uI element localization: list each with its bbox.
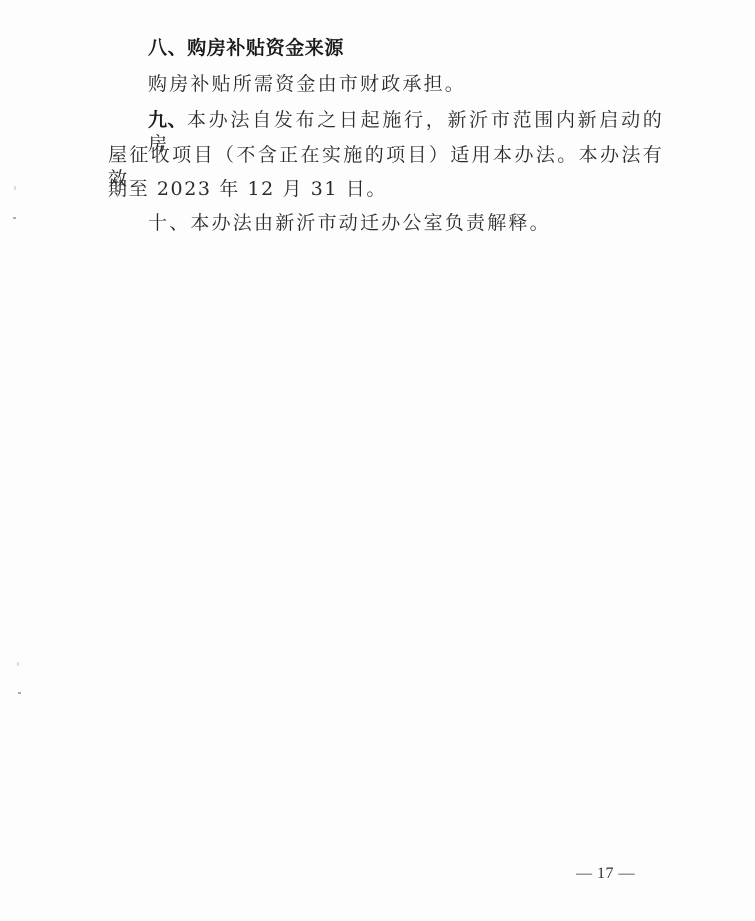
page-number: — 17 — bbox=[576, 864, 635, 884]
scan-artifact bbox=[13, 217, 16, 219]
section-8-heading: 八、购房补贴资金来源 bbox=[148, 36, 664, 60]
scan-artifact bbox=[14, 186, 16, 190]
section-8-body: 购房补贴所需资金由市财政承担。 bbox=[148, 72, 664, 96]
scan-artifact bbox=[17, 662, 19, 666]
section-9-lead: 九、 bbox=[148, 109, 187, 131]
section-9-line-3: 期至 2023 年 12 月 31 日。 bbox=[108, 177, 664, 201]
scan-artifact bbox=[18, 692, 21, 694]
section-10-text: 十、本办法由新沂市动迁办公室负责解释。 bbox=[148, 211, 664, 235]
document-page: 八、购房补贴资金来源 购房补贴所需资金由市财政承担。 九、本办法自发布之日起施行… bbox=[0, 0, 755, 921]
